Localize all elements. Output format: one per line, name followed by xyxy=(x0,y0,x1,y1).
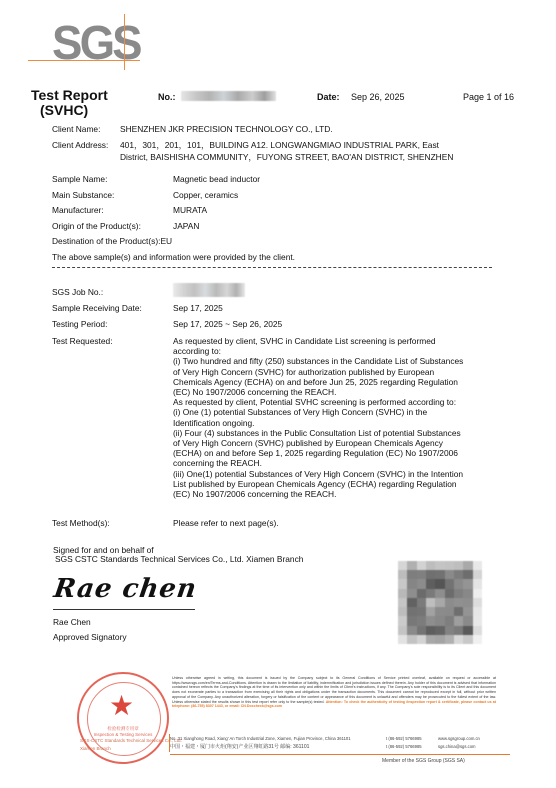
sample-info: Sample Name: Magnetic bead inductor Main… xyxy=(52,174,492,264)
sample-note: The above sample(s) and information were… xyxy=(52,252,492,264)
testing-period-value: Sep 17, 2025 ~ Sep 26, 2025 xyxy=(173,319,282,330)
address-cn: 中国・福建・厦门市火炬(翔安)产业区翔虹路31号 邮编: 361101 xyxy=(170,744,309,750)
footer-accent-hline xyxy=(170,754,510,755)
sample-row: Origin of the Product(s): JAPAN xyxy=(52,221,492,237)
testing-period-label: Testing Period: xyxy=(52,319,107,330)
job-no-label: SGS Job No.: xyxy=(52,287,103,298)
manufacturer-value: MURATA xyxy=(173,205,207,216)
signature-line xyxy=(53,609,195,610)
test-requested-line: of Very High Concern (SVHC) for authoriz… xyxy=(173,367,503,377)
footer-address-block: No. 31 Xianghong Road, Xiang' An Torch I… xyxy=(170,735,530,751)
stamp-side-line1: SGS-CSTC Standards Technical Services Co… xyxy=(80,737,182,745)
main-substance-label: Main Substance: xyxy=(52,190,114,201)
test-requested-line: Chemicals Agency (ECHA) on and before Ju… xyxy=(173,377,503,387)
date-label: Date: xyxy=(317,92,340,102)
page-indicator: Page 1 of 16 xyxy=(463,92,514,102)
manufacturer-label: Manufacturer: xyxy=(52,205,104,216)
client-address-line2: District, BAISHISHA COMMUNITY，FUYONG STR… xyxy=(120,152,453,163)
test-requested-line: concerning the REACH. xyxy=(173,458,503,468)
test-requested-line: (i) One (1) potential Substances of Very… xyxy=(173,407,503,417)
phone-1: t (86-592) 5766985 xyxy=(386,735,422,743)
sample-name-label: Sample Name: xyxy=(52,174,107,185)
sample-row: Sample Name: Magnetic bead inductor xyxy=(52,174,492,190)
test-requested-line: (ii) Four (4) substances in the Public C… xyxy=(173,428,503,438)
job-no-redacted xyxy=(173,283,245,297)
report-no-label: No.: xyxy=(158,92,176,102)
client-name-value: SHENZHEN JKR PRECISION TECHNOLOGY CO., L… xyxy=(120,124,333,135)
test-requested-line: List published by European Chemicals Age… xyxy=(173,479,503,489)
sgs-logo: SGS xyxy=(28,14,140,70)
client-address-line1: 401，301，201，101，BUILDING A12. LONGWANGMI… xyxy=(120,140,439,151)
footer-disclaimer: Unless otherwise agreed in writing, this… xyxy=(172,676,496,709)
test-requested-line: of Very High Concern (SVHC) published by… xyxy=(173,438,503,448)
website-link[interactable]: www.sgsgroup.com.cn xyxy=(438,735,480,743)
phone-2: t (86-592) 5766985 xyxy=(386,743,422,751)
star-icon: ★ xyxy=(109,692,134,720)
qr-code-redacted xyxy=(398,561,482,644)
test-requested-line: Identification ongoing. xyxy=(173,418,503,428)
report-subtitle: (SVHC) xyxy=(40,103,88,118)
section-divider xyxy=(52,267,492,269)
report-no-redacted xyxy=(181,91,276,101)
sample-row: Main Substance: Copper, ceramics xyxy=(52,190,492,206)
client-name-label: Client Name: xyxy=(52,124,100,135)
test-requested-label: Test Requested: xyxy=(52,336,113,347)
main-substance-value: Copper, ceramics xyxy=(173,190,238,201)
receiving-date-value: Sep 17, 2025 xyxy=(173,303,223,314)
email-link[interactable]: sgs.china@sgs.com xyxy=(438,743,476,751)
test-method-label: Test Method(s): xyxy=(52,518,110,529)
test-requested-line: (i) Two hundred and fifty (250) substanc… xyxy=(173,356,503,366)
test-requested-line: (EC) No 1907/2006 concerning the REACH. xyxy=(173,489,503,499)
logo-crosshair-vertical xyxy=(124,14,125,70)
origin-value: JAPAN xyxy=(173,221,199,232)
date-value: Sep 26, 2025 xyxy=(351,92,405,102)
sgs-group-member: Member of the SGS Group (SGS SA) xyxy=(382,758,465,764)
stamp-side-text: SGS-CSTC Standards Technical Services Co… xyxy=(80,737,182,753)
destination-line: Destination of the Product(s):EU xyxy=(52,236,492,252)
test-requested-line: (ECHA) on and before Sep 1, 2025 regardi… xyxy=(173,448,503,458)
test-requested-line: As requested by client, SVHC in Candidat… xyxy=(173,336,503,346)
test-requested-line: As requested by client, Potential SVHC s… xyxy=(173,397,503,407)
signatory-role: Approved Signatory xyxy=(53,632,127,643)
signed-behalf-line2: SGS CSTC Standards Technical Services Co… xyxy=(55,554,303,565)
sample-row: Manufacturer: MURATA xyxy=(52,205,492,221)
test-requested-line: (iii) One(1) potential Substances of Ver… xyxy=(173,469,503,479)
client-address-label: Client Address: xyxy=(52,140,108,151)
test-requested-line: according to: xyxy=(173,346,503,356)
stamp-side-line2: Xiamen Branch xyxy=(80,745,182,753)
origin-label: Origin of the Product(s): xyxy=(52,221,141,232)
test-requested-line: (EC) No 1907/2006 concerning the REACH. xyxy=(173,387,503,397)
handwritten-signature: Rae chen xyxy=(52,574,199,604)
sample-name-value: Magnetic bead inductor xyxy=(173,174,260,185)
address-en: No. 31 Xianghong Road, Xiang' An Torch I… xyxy=(170,736,351,741)
report-title: Test Report xyxy=(31,88,108,103)
logo-text: SGS xyxy=(52,16,140,71)
test-requested-text: As requested by client, SVHC in Candidat… xyxy=(173,336,503,499)
signatory-name: Rae Chen xyxy=(53,617,91,628)
receiving-date-label: Sample Receiving Date: xyxy=(52,303,142,314)
test-method-value: Please refer to next page(s). xyxy=(173,518,279,529)
